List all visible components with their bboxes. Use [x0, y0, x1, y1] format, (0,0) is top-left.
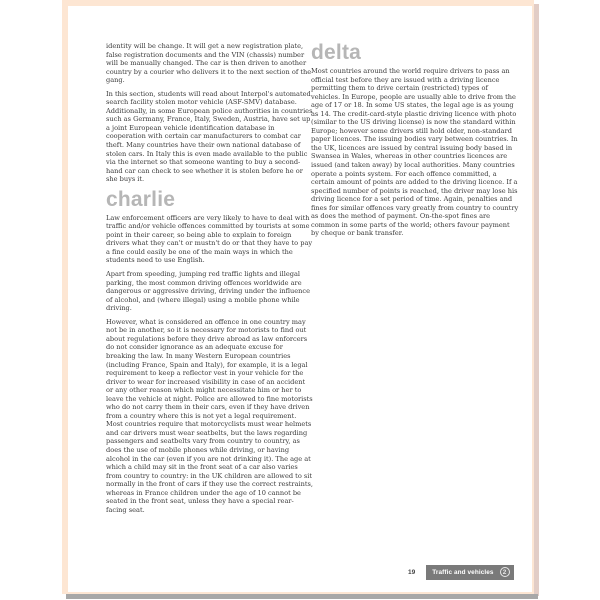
paragraph: In this section, students will read abou… — [106, 90, 314, 184]
chapter-label: Traffic and vehicles — [432, 569, 493, 576]
page-shadow-right — [534, 4, 539, 596]
paragraph: Apart from speeding, jumping red traffic… — [106, 270, 314, 313]
paragraph: However, what is considered an offence i… — [106, 318, 314, 515]
section-heading-charlie: charlie — [106, 189, 314, 211]
section-heading-delta: delta — [311, 42, 519, 64]
chapter-tab: Traffic and vehicles 2 — [426, 565, 513, 580]
page-footer: 19 Traffic and vehicles 2 — [408, 564, 514, 580]
left-column: identity will be change. It will get a n… — [106, 42, 314, 519]
paragraph: identity will be change. It will get a n… — [106, 42, 314, 85]
paragraph: Law enforcement officers are very likely… — [106, 214, 314, 265]
document-page: identity will be change. It will get a n… — [68, 6, 532, 592]
page-shadow-bottom — [66, 594, 538, 599]
paragraph: Most countries around the world require … — [311, 67, 519, 238]
right-column: delta Most countries around the world re… — [311, 40, 519, 243]
chapter-number-circle-icon: 2 — [500, 567, 510, 577]
page-number: 19 — [408, 569, 415, 576]
